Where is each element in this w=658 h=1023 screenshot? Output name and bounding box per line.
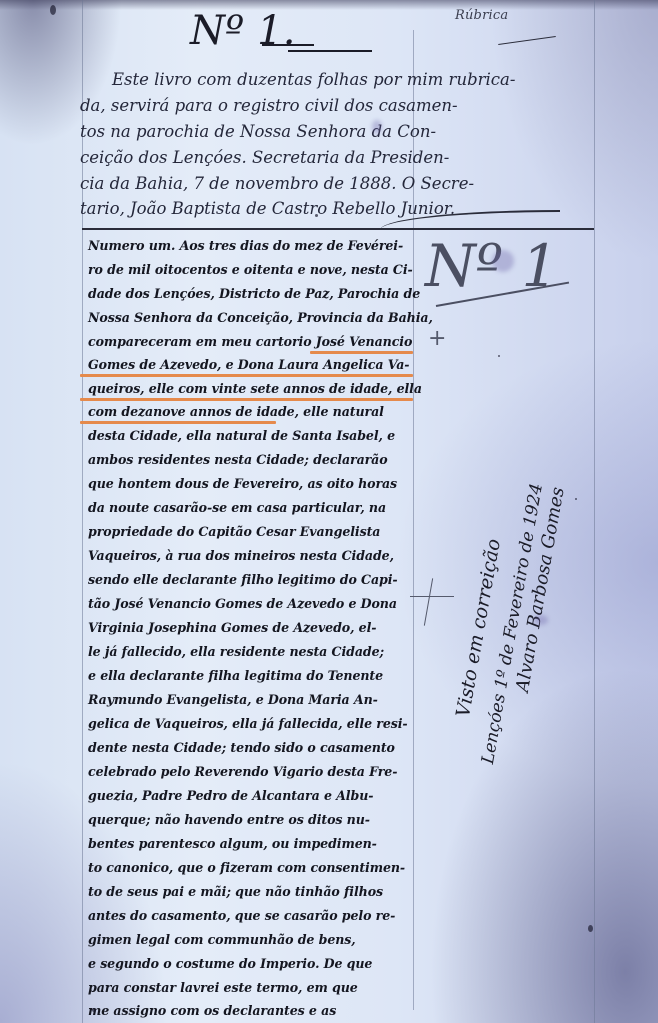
intro-line: cia da Bahia, 7 de novembro de 1888. O S… [80,174,474,193]
cross-mark-icon: + [428,326,446,351]
entry-line: dade dos Lençóes, Districto de Paz, Paro… [88,286,420,301]
entry-line: propriedade do Capitão Cesar Evangelista [88,524,380,539]
entry-line: Gomes de Azevedo, e Dona Laura Angelica … [88,357,409,372]
entry-line: gimen legal com communhão de bens, [88,932,356,947]
entry-line: to canonico, que o fizeram com consentim… [88,860,405,875]
entry-line: celebrado pelo Reverendo Vigario desta F… [88,764,397,779]
cross-mark-large-icon [410,578,454,626]
entry-line: antes do casamento, que se casarão pelo … [88,908,395,923]
heading-underline [262,44,314,46]
entry-line: queiros, elle com vinte sete annos de id… [88,381,422,396]
entry-line: com dezanove annos de idade, elle natura… [88,404,384,419]
paper-speck [315,214,318,217]
paper-speck [92,1008,96,1012]
right-margin-rule [594,0,595,1023]
ink-stain [492,250,514,272]
entry-line: ambos residentes nesta Cidade; declararã… [88,452,388,467]
intro-line: tos na parochia de Nossa Senhora da Con- [80,122,436,141]
entry-line: sendo elle declarante filho legitimo do … [88,572,398,587]
entry-line: que hontem dous de Fevereiro, as oito ho… [88,476,397,491]
entry-line: guezia, Padre Pedro de Alcantara e Albu- [88,788,373,803]
entry-line: Nossa Senhora da Conceição, Provincia da… [88,310,433,325]
entry-line: me assigno com os declarantes e as [88,1003,336,1018]
entry-line: da noute casarão-se em casa particular, … [88,500,386,515]
highlight-underline-ages [80,398,413,401]
entry-line: e segundo o costume do Imperio. De que [88,956,372,971]
paper-speck [498,355,500,357]
entry-line: desta Cidade, ella natural de Santa Isab… [88,428,395,443]
entry-line: Virginia Josephina Gomes de Azevedo, el- [88,620,376,635]
paper-speck [50,5,56,15]
highlight-underline-groom-name [310,351,413,354]
entry-line: dente nesta Cidade; tendo sido o casamen… [88,740,395,755]
entry-line: Vaqueiros, à rua dos mineiros nesta Cida… [88,548,394,563]
page-number-heading: Nº 1. [190,8,296,54]
entry-line: bentes parentesco algum, ou impedimen- [88,836,377,851]
intro-line: ceição dos Lençóes. Secretaria da Presid… [80,148,449,167]
corner-rubric-note: Rúbrica [455,8,508,23]
highlight-underline-names [80,374,413,377]
paper-speck [588,925,593,932]
entry-line: to de seus pai e mãi; que não tinhão fil… [88,884,383,899]
entry-line: querque; não havendo entre os ditos nu- [88,812,370,827]
section-divider [82,228,594,230]
intro-line: Este livro com duzentas folhas por mim r… [112,70,515,89]
entry-line: ro de mil oitocentos e oitenta e nove, n… [88,262,413,277]
entry-line: Numero um. Aos tres dias do mez de Fevér… [88,238,403,253]
page-edge-shadow [0,0,658,10]
intro-line: da, servirá para o registro civil dos ca… [80,96,458,115]
entry-line: e ella declarante filha legitima do Tene… [88,668,383,683]
ink-stain [372,120,382,134]
intro-line: tario, João Baptista de Castro Rebello J… [80,199,455,218]
margin-entry-number: Nº 1 [425,232,558,300]
highlight-underline-bride-age [80,421,276,424]
entry-line: para constar lavrei este termo, em que [88,980,358,995]
entry-line: Raymundo Evangelista, e Dona Maria An- [88,692,378,707]
entry-line: le já fallecido, ella residente nesta Ci… [88,644,384,659]
paper-speck [575,498,577,500]
corner-note-underline [498,36,556,45]
scanned-register-page: Nº 1. Rúbrica Este livro com duzentas fo… [0,0,658,1023]
entry-line: gelica de Vaqueiros, ella já fallecida, … [88,716,408,731]
entry-line: tão José Venancio Gomes de Azevedo e Don… [88,596,397,611]
entry-line: compareceram em meu cartorio José Venanc… [88,334,412,349]
heading-underline-double [288,50,372,52]
ink-stain [534,615,548,625]
